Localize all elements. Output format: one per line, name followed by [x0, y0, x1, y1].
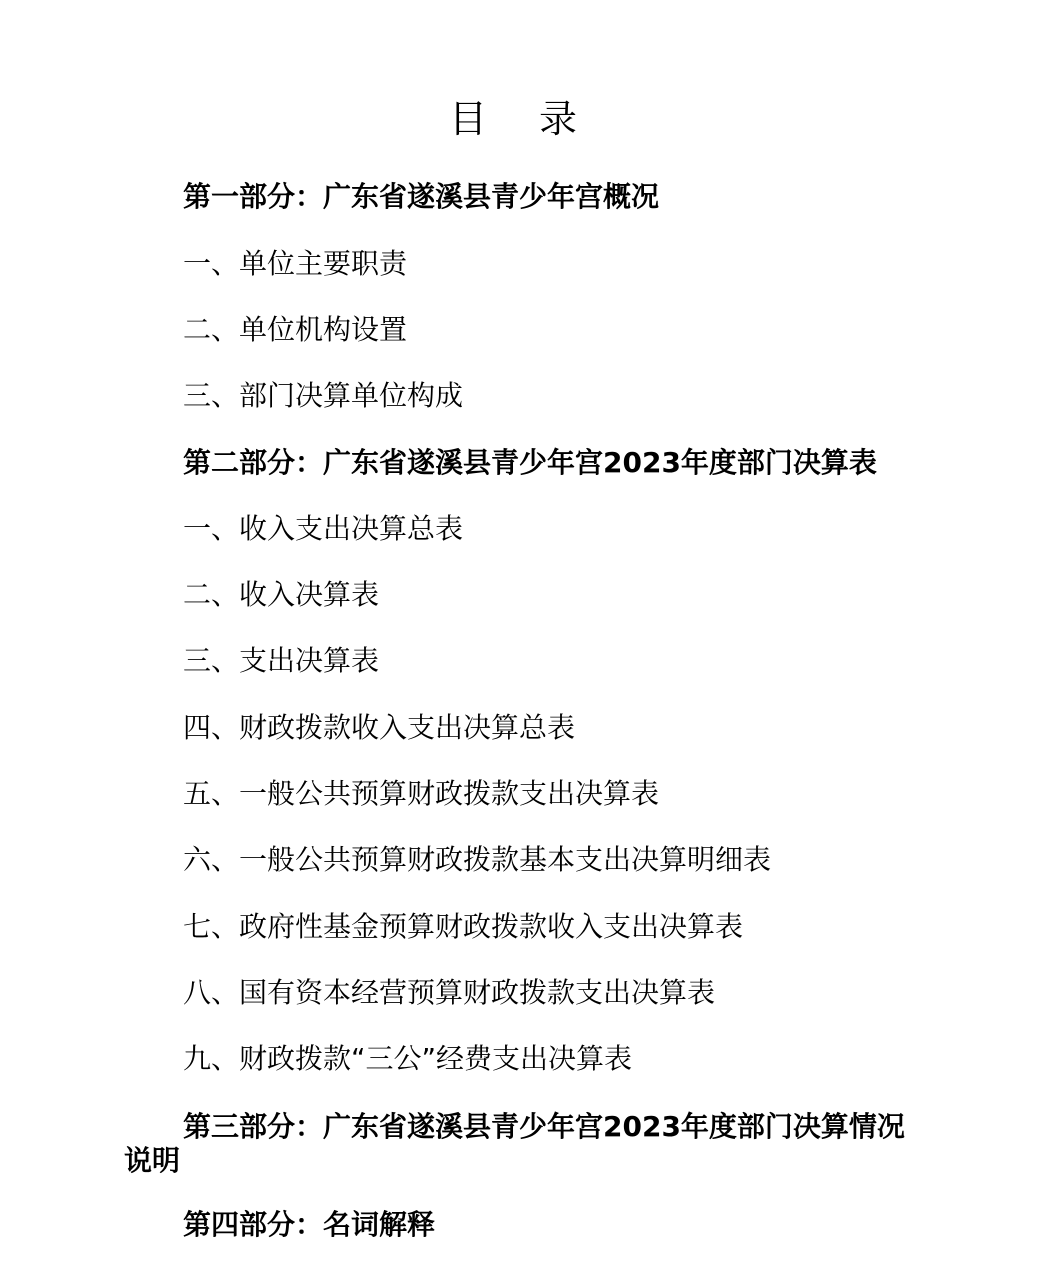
toc-item: 五、一般公共预算财政拨款支出决算表 [183, 777, 659, 811]
toc-title: 目 录 [0, 88, 1039, 143]
toc-item: 三、部门决算单位构成 [183, 379, 463, 413]
toc-part-1: 第一部分：广东省遂溪县青少年宫概况 [183, 180, 659, 214]
toc-item: 三、支出决算表 [183, 644, 379, 678]
toc-item: 九、财政拨款“三公”经费支出决算表 [183, 1042, 632, 1076]
toc-part-4: 第四部分：名词解释 [183, 1208, 435, 1242]
toc-item: 一、单位主要职责 [183, 247, 407, 281]
toc-item: 四、财政拨款收入支出决算总表 [183, 711, 575, 745]
toc-item: 二、收入决算表 [183, 578, 379, 612]
toc-item: 二、单位机构设置 [183, 313, 407, 347]
toc-part-3: 第三部分：广东省遂溪县青少年宫2023年度部门决算情况说明 [124, 1110, 914, 1178]
toc-part-2: 第二部分：广东省遂溪县青少年宫2023年度部门决算表 [183, 446, 877, 480]
toc-item: 六、一般公共预算财政拨款基本支出决算明细表 [183, 843, 771, 877]
toc-item: 一、收入支出决算总表 [183, 512, 463, 546]
toc-item: 八、国有资本经营预算财政拨款支出决算表 [183, 976, 715, 1010]
toc-item: 七、政府性基金预算财政拨款收入支出决算表 [183, 910, 743, 944]
